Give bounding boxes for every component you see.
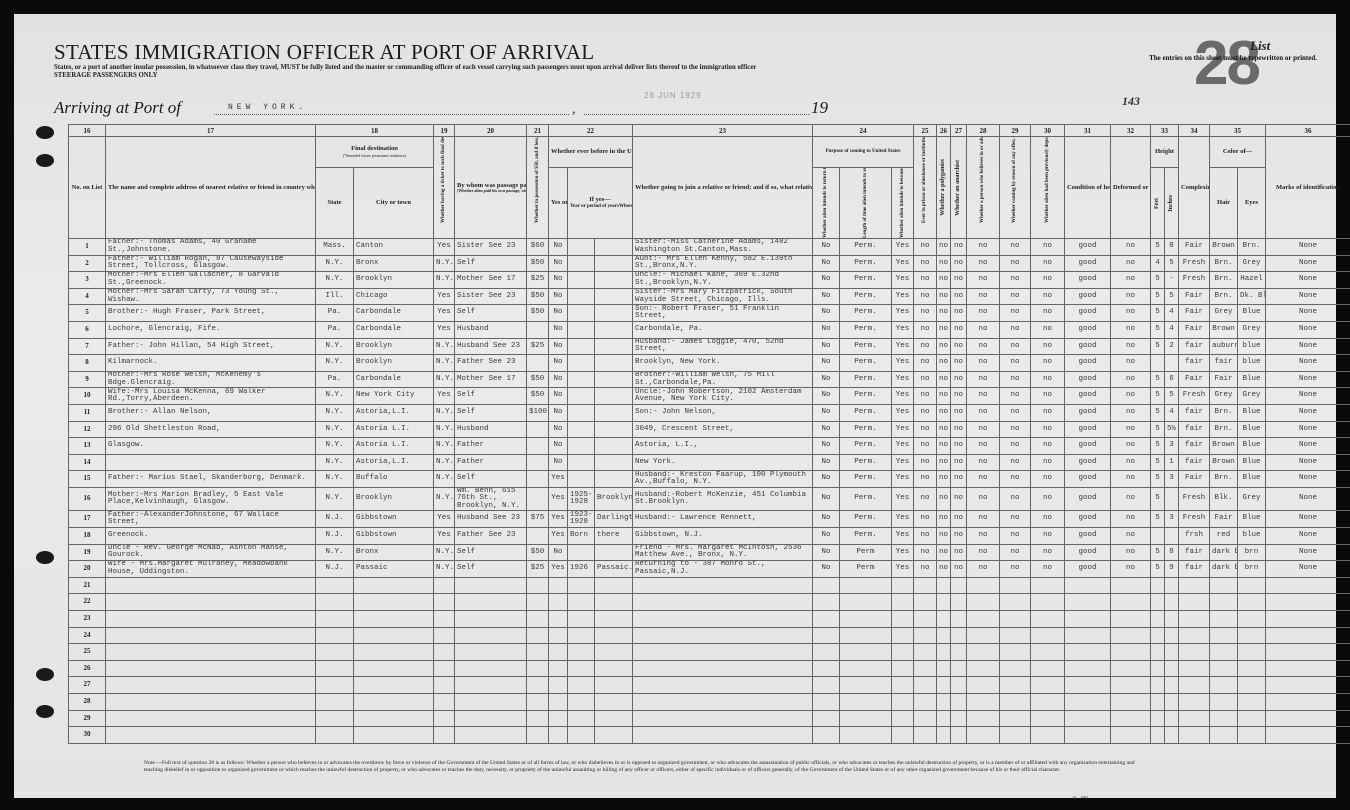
list-note: The entries on this sheet must be typewr… [1149, 54, 1317, 62]
header-height: Height [1151, 137, 1179, 168]
cell-citizen: Yes [892, 321, 914, 338]
cell-joining [633, 693, 813, 710]
cell-before: No [549, 421, 568, 438]
cell-c30: no [1031, 421, 1065, 438]
cell-relative: Greenock. [106, 528, 316, 545]
cell-deformed: no [1111, 487, 1151, 511]
cell-c28: no [967, 421, 1000, 438]
cell-c28 [967, 644, 1000, 661]
cell-state [316, 727, 354, 744]
cell-paid-by: Self [455, 471, 527, 488]
cell-city: Gibbstown [354, 511, 434, 528]
cell-c28: no [967, 511, 1000, 528]
cell-hair: Grey [1210, 305, 1238, 322]
cell-feet [1151, 693, 1165, 710]
cell-prison: no [914, 355, 937, 372]
cell-eyes: blue [1238, 528, 1266, 545]
cell-joining: Returning to - 387 Monro St., Passaic,N.… [633, 561, 813, 578]
list-number-cell: 26 [69, 660, 106, 677]
header-complexion: Complexion [1179, 137, 1210, 239]
cell-paid-by: Wm. Benn, 615 76th St., Brooklyn, N.Y. [455, 487, 527, 511]
cell-health: good [1065, 471, 1111, 488]
cell-where [595, 388, 633, 405]
cell-c29: no [1000, 338, 1031, 355]
cell-year [568, 454, 595, 471]
cell-polygamist: no [937, 355, 951, 372]
cell-eyes [1238, 727, 1266, 744]
cell-paid-by: Sister See 23 [455, 288, 527, 305]
cell-city: Brooklyn [354, 338, 434, 355]
cell-c28 [967, 660, 1000, 677]
cell-c28: no [967, 388, 1000, 405]
cell-where [595, 627, 633, 644]
cell-paid-by [455, 677, 527, 694]
cell-prison: no [914, 421, 937, 438]
cell-c30: no [1031, 404, 1065, 421]
cell-inches: 4 [1165, 404, 1179, 421]
cell-marks: None [1266, 471, 1350, 488]
cell-joining: 3049, Crescent Street, [633, 421, 813, 438]
cell-city: Chicago [354, 288, 434, 305]
cell-paid-by [455, 644, 527, 661]
cell-return: No [813, 404, 840, 421]
cell-c30 [1031, 594, 1065, 611]
cell-citizen: Yes [892, 255, 914, 272]
cell-city: Bronx [354, 544, 434, 561]
cell-before [549, 660, 568, 677]
list-label: List [1250, 38, 1270, 54]
cell-inches [1165, 610, 1179, 627]
cell-ticket [434, 594, 455, 611]
cell-year [568, 644, 595, 661]
col-num: 18 [316, 125, 434, 137]
cell-where [595, 454, 633, 471]
cell-ticket [434, 644, 455, 661]
cell-health [1065, 610, 1111, 627]
cell-c29 [1000, 644, 1031, 661]
cell-state: Pa. [316, 371, 354, 388]
cell-citizen: Yes [892, 438, 914, 455]
cell-deformed: no [1111, 471, 1151, 488]
cell-c30: no [1031, 528, 1065, 545]
cell-state: N.Y. [316, 355, 354, 372]
cell-state [316, 594, 354, 611]
cell-marks [1266, 677, 1350, 694]
col-num: 26 [937, 125, 951, 137]
cell-c30: no [1031, 388, 1065, 405]
cell-city: Astoria,L.I. [354, 454, 434, 471]
cell-complexion: fair [1179, 338, 1210, 355]
cell-paid-by [455, 610, 527, 627]
header-eyes: Eyes [1238, 168, 1266, 239]
cell-c29: no [1000, 355, 1031, 372]
cell-return: No [813, 255, 840, 272]
cell-citizen: Yes [892, 544, 914, 561]
cell-city [354, 727, 434, 744]
table-row: 21 [69, 577, 1350, 594]
cell-ticket [434, 660, 455, 677]
cell-money: $25 [527, 338, 549, 355]
cell-length [840, 577, 892, 594]
deported-label: Whether alien had been previously deport… [1045, 153, 1051, 223]
cell-city [354, 644, 434, 661]
cell-before [549, 610, 568, 627]
cell-inches [1165, 577, 1179, 594]
port-value: NEW YORK. [228, 103, 307, 112]
cell-c28: no [967, 561, 1000, 578]
cell-feet [1151, 355, 1165, 372]
cell-polygamist: no [937, 438, 951, 455]
table-row: 11Brother:- Allan Nelson,N.Y.Astoria,L.I… [69, 404, 1350, 421]
cell-before: No [549, 338, 568, 355]
col-num: 35 [1210, 125, 1266, 137]
cell-joining [633, 727, 813, 744]
cell-health: good [1065, 288, 1111, 305]
cell-polygamist [937, 677, 951, 694]
cell-length [840, 610, 892, 627]
cell-complexion: Fair [1179, 321, 1210, 338]
list-number-cell: 8 [69, 355, 106, 372]
cell-c28 [967, 610, 1000, 627]
cell-before [549, 644, 568, 661]
cell-health [1065, 644, 1111, 661]
cell-paid-by [455, 693, 527, 710]
cell-city: Carbondale [354, 371, 434, 388]
cell-state: N.J. [316, 561, 354, 578]
cell-state [316, 660, 354, 677]
cell-joining [633, 577, 813, 594]
cell-c30 [1031, 577, 1065, 594]
cell-citizen: Yes [892, 288, 914, 305]
header-labor-offer: Whether coming by reason of any offer, s… [1000, 137, 1031, 239]
cell-joining: Sister:-Miss Catherine Adams, 1482 Washi… [633, 239, 813, 256]
cell-marks: None [1266, 487, 1350, 511]
cell-health: good [1065, 544, 1111, 561]
manifest-page: STATES IMMIGRATION OFFICER AT PORT OF AR… [14, 14, 1336, 798]
cell-hair [1210, 644, 1238, 661]
cell-return [813, 627, 840, 644]
cell-relative [106, 727, 316, 744]
cell-joining [633, 660, 813, 677]
cell-year: 1925-1928 [568, 487, 595, 511]
cell-c28: no [967, 272, 1000, 289]
cell-c29 [1000, 577, 1031, 594]
cell-paid-by [455, 627, 527, 644]
cell-length: Perm. [840, 305, 892, 322]
cell-anarchist [951, 693, 967, 710]
cell-relative: Mother:-Mrs Rose Welsh, McKenemy's Bdge.… [106, 371, 316, 388]
cell-citizen: Yes [892, 454, 914, 471]
cell-state: Pa. [316, 305, 354, 322]
cell-deformed: no [1111, 272, 1151, 289]
cell-paid-by [455, 660, 527, 677]
cell-polygamist: no [937, 561, 951, 578]
cell-joining: New York. [633, 454, 813, 471]
cell-inches: 2 [1165, 338, 1179, 355]
table-row: 12296 Old Shettleston Road,N.Y.Astoria L… [69, 421, 1350, 438]
cell-citizen: Yes [892, 272, 914, 289]
cell-before: Yes [549, 471, 568, 488]
header-if-yes: If yes—Year or period of yearsWhere? [568, 168, 633, 239]
cell-hair [1210, 627, 1238, 644]
cell-c30 [1031, 727, 1065, 744]
cell-eyes: blue [1238, 338, 1266, 355]
cell-c28 [967, 577, 1000, 594]
cell-c29: no [1000, 388, 1031, 405]
cell-deformed: no [1111, 321, 1151, 338]
cell-paid-by: Husband [455, 421, 527, 438]
cell-complexion [1179, 577, 1210, 594]
cell-length [840, 660, 892, 677]
cell-year [568, 660, 595, 677]
cell-deformed [1111, 610, 1151, 627]
cell-citizen: Yes [892, 404, 914, 421]
cell-c30 [1031, 644, 1065, 661]
cell-joining [633, 710, 813, 727]
port-underline [214, 114, 569, 115]
cell-hair: Brown [1210, 321, 1238, 338]
cell-deformed: no [1111, 544, 1151, 561]
cell-c30: no [1031, 511, 1065, 528]
cell-paid-by [455, 727, 527, 744]
table-row: 13Glasgow.N.Y.Astoria L.I.N.Y.FatherNoAs… [69, 438, 1350, 455]
list-number-cell: 5 [69, 305, 106, 322]
cell-money [527, 644, 549, 661]
cell-relative: Brother:- Hugh Fraser, Park Street, [106, 305, 316, 322]
cell-return: No [813, 421, 840, 438]
header-prison: Ever in prison or almshouse or instituti… [914, 137, 937, 239]
col-num: 34 [1179, 125, 1210, 137]
list-number-cell: 16 [69, 487, 106, 511]
cell-prison [914, 693, 937, 710]
cell-money: $100 [527, 404, 549, 421]
cell-polygamist: no [937, 421, 951, 438]
cell-c30: no [1031, 487, 1065, 511]
cell-anarchist [951, 577, 967, 594]
cell-c29: no [1000, 511, 1031, 528]
table-row: 4Mother:-Mrs Sarah Carty, 73 Young St., … [69, 288, 1350, 305]
cell-before [549, 693, 568, 710]
cell-inches: 5 [1165, 255, 1179, 272]
cell-inches: 5½ [1165, 421, 1179, 438]
cell-polygamist [937, 577, 951, 594]
cell-paid-by: Father [455, 438, 527, 455]
cell-return: No [813, 487, 840, 511]
cell-return [813, 610, 840, 627]
cell-where [595, 693, 633, 710]
cell-anarchist [951, 727, 967, 744]
cell-hair [1210, 660, 1238, 677]
cell-before: No [549, 255, 568, 272]
cell-c29: no [1000, 239, 1031, 256]
polygamist-label: Whether a polygamist [941, 159, 947, 216]
cell-prison: no [914, 487, 937, 511]
cell-city: Carbondale [354, 305, 434, 322]
cell-hair: dark brn [1210, 544, 1238, 561]
cell-citizen [892, 644, 914, 661]
cell-money [527, 594, 549, 611]
cell-return: No [813, 288, 840, 305]
page-title: STATES IMMIGRATION OFFICER AT PORT OF AR… [54, 40, 594, 65]
cell-anarchist [951, 677, 967, 694]
cell-hair: red [1210, 528, 1238, 545]
cell-return [813, 594, 840, 611]
cell-where [595, 644, 633, 661]
cell-before: No [549, 371, 568, 388]
cell-marks [1266, 577, 1350, 594]
cell-prison: no [914, 338, 937, 355]
cell-ticket [434, 577, 455, 594]
cell-hair [1210, 594, 1238, 611]
list-number-cell: 4 [69, 288, 106, 305]
cell-ticket: N.Y. [434, 338, 455, 355]
cell-money: $75 [527, 511, 549, 528]
cell-feet: 5 [1151, 487, 1165, 511]
cell-marks [1266, 727, 1350, 744]
cell-feet [1151, 610, 1165, 627]
col-num: 27 [951, 125, 967, 137]
column-number-row: 16 17 18 19 20 21 22 23 24 25 26 27 28 2… [69, 125, 1350, 137]
cell-health [1065, 627, 1111, 644]
cell-eyes: Grey [1238, 321, 1266, 338]
cell-money [527, 454, 549, 471]
cell-money: $25 [527, 272, 549, 289]
cell-feet [1151, 660, 1165, 677]
header-overthrow: Whether a person who believes in or advo… [967, 137, 1000, 239]
cell-year [568, 471, 595, 488]
cell-where [595, 727, 633, 744]
cell-c29 [1000, 693, 1031, 710]
header-city: City or town [354, 168, 434, 239]
cell-c29: no [1000, 421, 1031, 438]
cell-c29: no [1000, 438, 1031, 455]
ticket-label: Whether having a ticket to such final de… [441, 153, 447, 223]
cell-joining: Sister:-Mrs Mary Fitzpatrick, South Ways… [633, 288, 813, 305]
table-row: 5Brother:- Hugh Fraser, Park Street,Pa.C… [69, 305, 1350, 322]
list-number-cell: 6 [69, 321, 106, 338]
cell-money [527, 677, 549, 694]
cell-year [568, 404, 595, 421]
cell-eyes: Blue [1238, 404, 1266, 421]
length-label: Length of time alien intends to remain i… [863, 168, 869, 238]
cell-marks: None [1266, 239, 1350, 256]
cell-before: Yes [549, 511, 568, 528]
list-number-cell: 13 [69, 438, 106, 455]
cell-marks: None [1266, 255, 1350, 272]
cell-return [813, 644, 840, 661]
cell-anarchist: no [951, 471, 967, 488]
cell-prison: no [914, 454, 937, 471]
cell-c28: no [967, 371, 1000, 388]
header-deformed: Deformed or crippled. Nature, length of … [1111, 137, 1151, 239]
cell-state: N.Y. [316, 272, 354, 289]
cell-health: good [1065, 338, 1111, 355]
cell-return: No [813, 388, 840, 405]
list-number-cell: 7 [69, 338, 106, 355]
cell-inches: 9 [1165, 561, 1179, 578]
cell-before: No [549, 355, 568, 372]
cell-relative [106, 454, 316, 471]
cell-where [595, 404, 633, 421]
cell-length: Perm. [840, 255, 892, 272]
cell-year [568, 355, 595, 372]
cell-prison: no [914, 321, 937, 338]
table-row: 26 [69, 660, 1350, 677]
list-number-cell: 28 [69, 693, 106, 710]
cell-length: Perm. [840, 487, 892, 511]
cell-citizen [892, 577, 914, 594]
cell-c29 [1000, 710, 1031, 727]
cell-before: No [549, 321, 568, 338]
cell-paid-by [455, 594, 527, 611]
cell-paid-by: Husband [455, 321, 527, 338]
cell-state [316, 693, 354, 710]
cell-marks [1266, 594, 1350, 611]
cell-c30: no [1031, 272, 1065, 289]
cell-ticket: Yes [434, 388, 455, 405]
cell-c28: no [967, 321, 1000, 338]
cell-feet: 5 [1151, 272, 1165, 289]
cell-return: No [813, 272, 840, 289]
subtitle-line-1: States, or a port of another insular pos… [54, 64, 756, 72]
cell-citizen: Yes [892, 355, 914, 372]
passenger-rows: 1Father:- Thomas Adams, 40 Grahame St.,J… [69, 239, 1350, 744]
cell-where [595, 544, 633, 561]
header-color-of: Color of— [1210, 137, 1266, 168]
cell-feet: 5 [1151, 471, 1165, 488]
cell-anarchist: no [951, 305, 967, 322]
cell-eyes: Blue [1238, 438, 1266, 455]
cell-deformed: no [1111, 454, 1151, 471]
money-label: Whether in possession of $50, and if les… [535, 153, 541, 223]
table-row: 27 [69, 677, 1350, 694]
cell-health: good [1065, 421, 1111, 438]
cell-prison [914, 577, 937, 594]
cell-inches: 4 [1165, 321, 1179, 338]
list-number-cell: 1 [69, 239, 106, 256]
cell-where [595, 239, 633, 256]
cell-paid-by: Self [455, 255, 527, 272]
header-state: State [316, 168, 354, 239]
cell-paid-by [455, 577, 527, 594]
cell-paid-by: Father See 23 [455, 528, 527, 545]
cell-where [595, 255, 633, 272]
cell-hair [1210, 727, 1238, 744]
cell-c28: no [967, 487, 1000, 511]
cell-return [813, 577, 840, 594]
cell-polygamist: no [937, 471, 951, 488]
cell-length [840, 594, 892, 611]
cell-c29: no [1000, 528, 1031, 545]
table-row: 10Wife:-Mrs Louisa McKenna, 69 Walker Rd… [69, 388, 1350, 405]
cell-paid-by: Sister See 23 [455, 239, 527, 256]
cell-city [354, 577, 434, 594]
cell-citizen [892, 660, 914, 677]
cell-complexion: Fresh [1179, 487, 1210, 511]
cell-hair [1210, 693, 1238, 710]
cell-ticket: Yes [434, 305, 455, 322]
cell-marks [1266, 610, 1350, 627]
cell-hair [1210, 577, 1238, 594]
cell-c30: no [1031, 471, 1065, 488]
cell-paid-by: Father [455, 454, 527, 471]
cell-state: N.Y. [316, 255, 354, 272]
cell-deformed [1111, 577, 1151, 594]
cell-where [595, 660, 633, 677]
cell-where: Passaic. [595, 561, 633, 578]
cell-citizen [892, 677, 914, 694]
cell-relative: 296 Old Shettleston Road, [106, 421, 316, 438]
